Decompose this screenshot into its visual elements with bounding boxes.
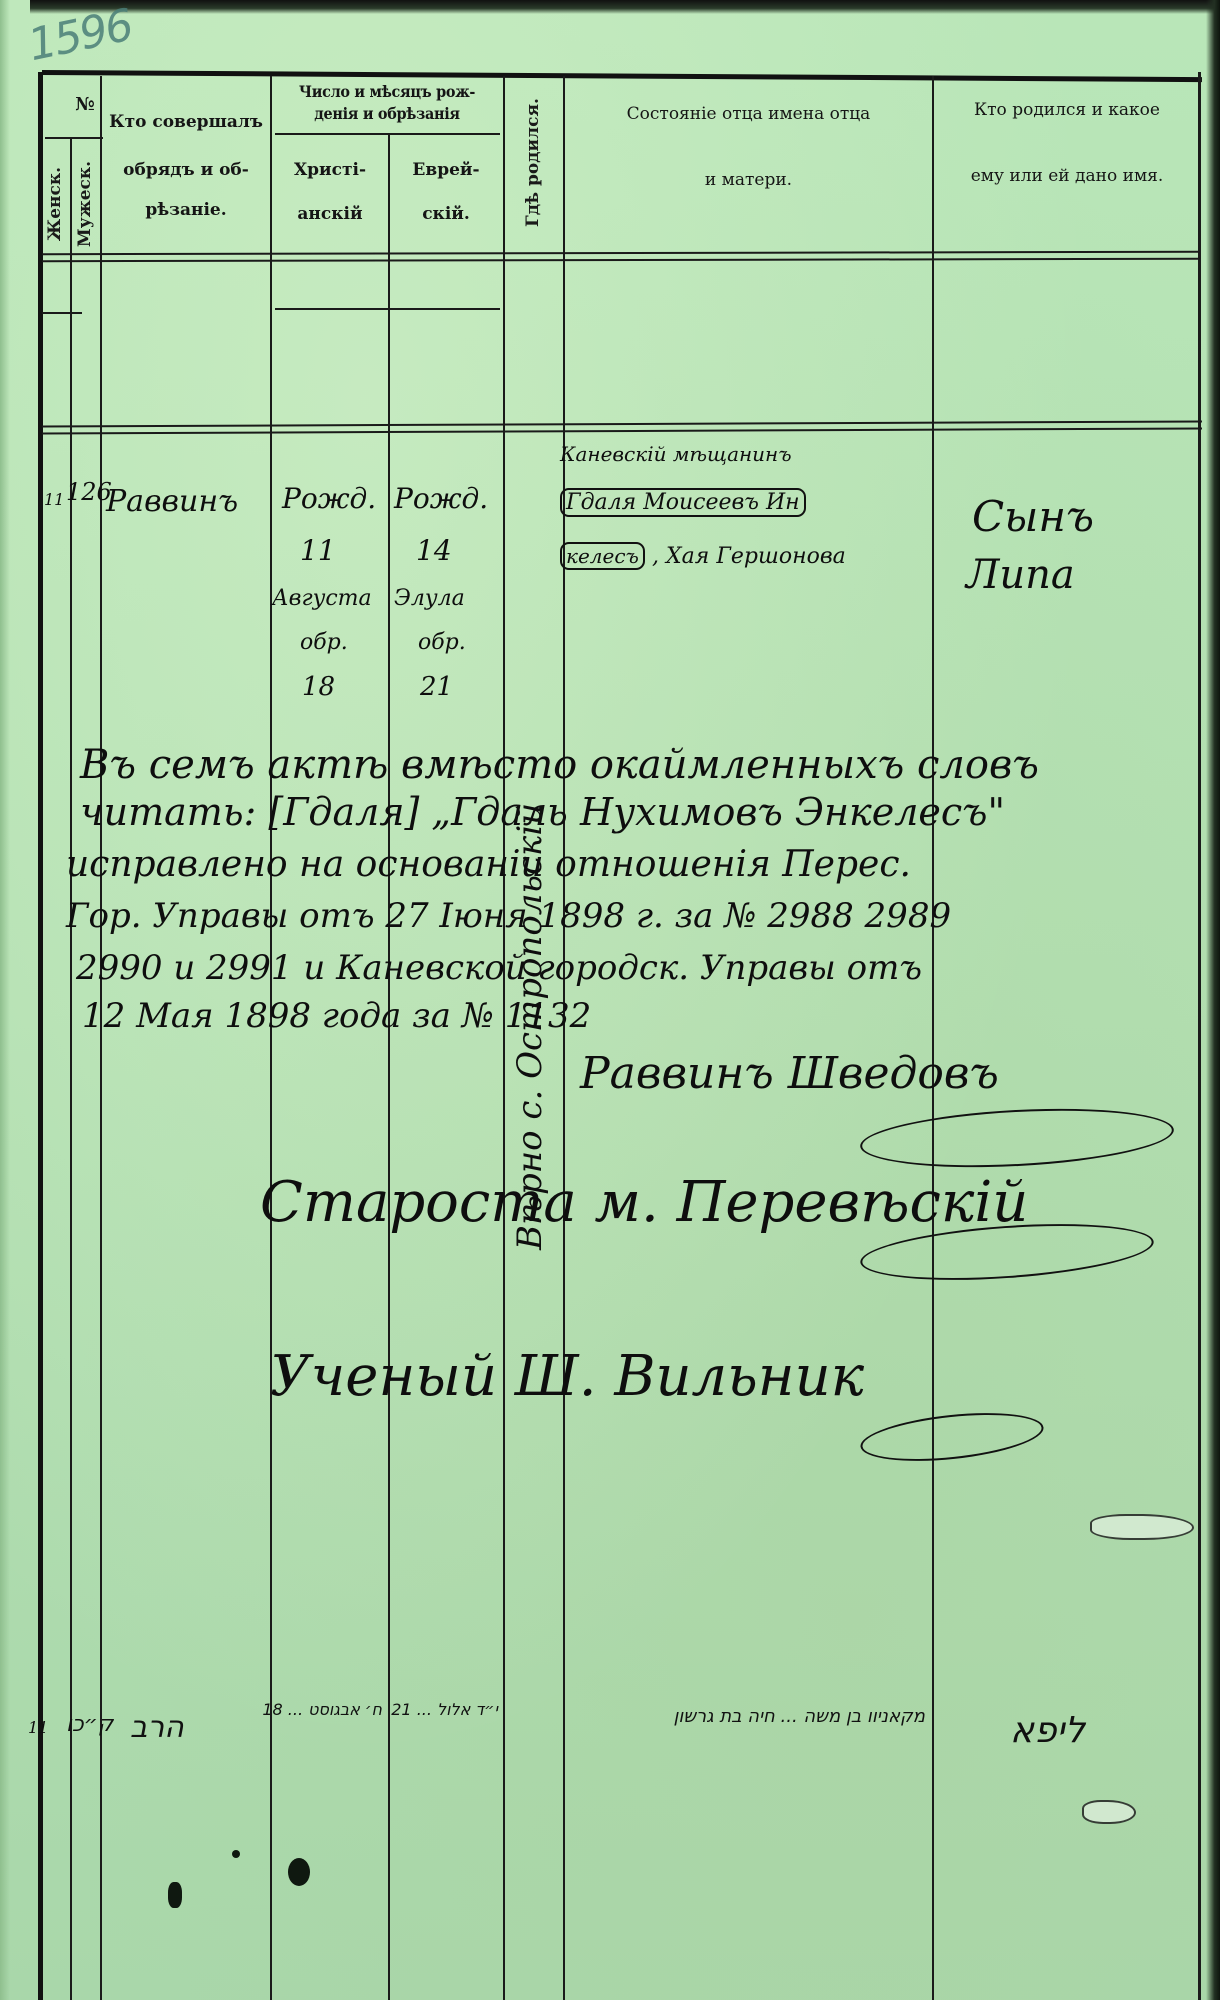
blank-row-bottom-border (42, 420, 1202, 434)
christian-circ-day: 18 (302, 672, 335, 702)
table-left-border (38, 72, 43, 2000)
header-dates-2: денія и обрѣзанія (272, 104, 502, 123)
ink-stain (232, 1850, 240, 1858)
parents-father-boxed: Гдаля Моисеевъ Ин (560, 488, 806, 517)
header-dates-1: Число и мѣсяцъ рож- (272, 82, 502, 101)
table-top-border (42, 70, 1202, 82)
divider (45, 137, 103, 139)
header-christian-1: Христі- (272, 160, 388, 180)
header-performer-1: Кто совершалъ (104, 112, 268, 132)
column-divider (503, 76, 505, 2000)
header-parents-1: Состояніе отца имена отца (565, 104, 932, 124)
entry-performer: Раввинъ (106, 484, 238, 519)
header-place: Гдѣ родился. (523, 107, 543, 227)
scholar-signature-flourish (858, 1406, 1046, 1469)
correction-line-5: 2990 и 2991 и Каневской городск. Управы … (76, 948, 922, 988)
header-jewish-2: скій. (390, 204, 502, 224)
table-right-border (1198, 72, 1201, 2000)
hebrew-entry-mark: 11 (28, 1718, 48, 1737)
correction-line-3: исправлено на основаніи отношенія Перес. (66, 844, 911, 885)
hebrew-parents: מקאניוו בן משה ... חיה בת גרשון (555, 1706, 925, 1727)
hebrew-performer: הרב (130, 1710, 184, 1745)
header-christian-2: анскій (272, 204, 388, 224)
document-page: 1596 № Женск. Мужеск. Кто совершалъ обря… (0, 0, 1220, 2000)
hebrew-entry-number: ק״כו (66, 1712, 113, 1737)
header-child-1: Кто родился и какое (936, 100, 1198, 120)
divider (42, 312, 82, 314)
rabbi-signature-flourish (859, 1102, 1176, 1174)
paper-tear (1090, 1514, 1194, 1540)
rabbi-signature: Раввинъ Шведовъ (580, 1048, 999, 1099)
parents-status: Каневскій мѣщанинъ (560, 442, 792, 466)
page-top-shadow (30, 0, 1220, 14)
parents-mother: , Хая Герш­онова (652, 544, 846, 569)
entry-number: 126 (66, 478, 112, 506)
parents-surname-boxed: келесъ (560, 542, 645, 570)
header-male: Мужеск. (75, 154, 95, 254)
header-female: Женск. (45, 154, 65, 254)
christian-circ-label: обр. (300, 630, 348, 655)
header-jewish-1: Еврей- (390, 160, 502, 180)
jewish-birth-month: Элула (394, 586, 465, 611)
header-number: № (70, 94, 100, 116)
column-divider (388, 134, 390, 2000)
child-name: Липа (966, 552, 1075, 598)
correction-line-1: Въ семъ актѣ вмѣсто окаймленныхъ словъ (80, 742, 1039, 788)
hebrew-christian-date: ח׳ אבגוסט ... 18 (262, 1700, 382, 1719)
correction-line-4: Гор. Управы отъ 27 Іюня 1898 г. за № 298… (66, 896, 951, 936)
jewish-birth-day: 14 (416, 534, 452, 567)
column-divider (932, 76, 934, 2000)
header-bottom-border (42, 251, 1200, 262)
header-performer-3: рѣзаніе. (104, 200, 268, 220)
scholar-signature: Ученый Ш. Вильник (270, 1344, 864, 1409)
ink-stain (168, 1882, 182, 1908)
paper-tear (1082, 1800, 1136, 1824)
ink-stain (288, 1858, 310, 1886)
christian-birth-label: Рожд. (282, 482, 376, 515)
header-performer-2: обрядъ и об- (104, 160, 268, 180)
jewish-circ-label: обр. (418, 630, 466, 655)
christian-birth-month: Августа (272, 586, 372, 611)
header-parents-2: и матери. (565, 170, 932, 190)
christian-birth-day: 11 (300, 534, 336, 567)
page-left-edge (0, 0, 10, 2000)
elder-signature: Староста м. Перевѣскій (260, 1170, 1028, 1235)
hebrew-child-name: ליפא (1010, 1710, 1085, 1751)
jewish-circ-day: 21 (420, 672, 453, 702)
hebrew-jewish-date: י״ד אלול ... 21 (378, 1700, 498, 1719)
page-binding-edge (1206, 0, 1220, 2000)
entry-mark: 11 (44, 490, 64, 509)
jewish-birth-label: Рожд. (394, 482, 488, 515)
child-sex: Сынъ (972, 492, 1094, 541)
header-child-2: ему или ей дано имя. (936, 166, 1198, 186)
